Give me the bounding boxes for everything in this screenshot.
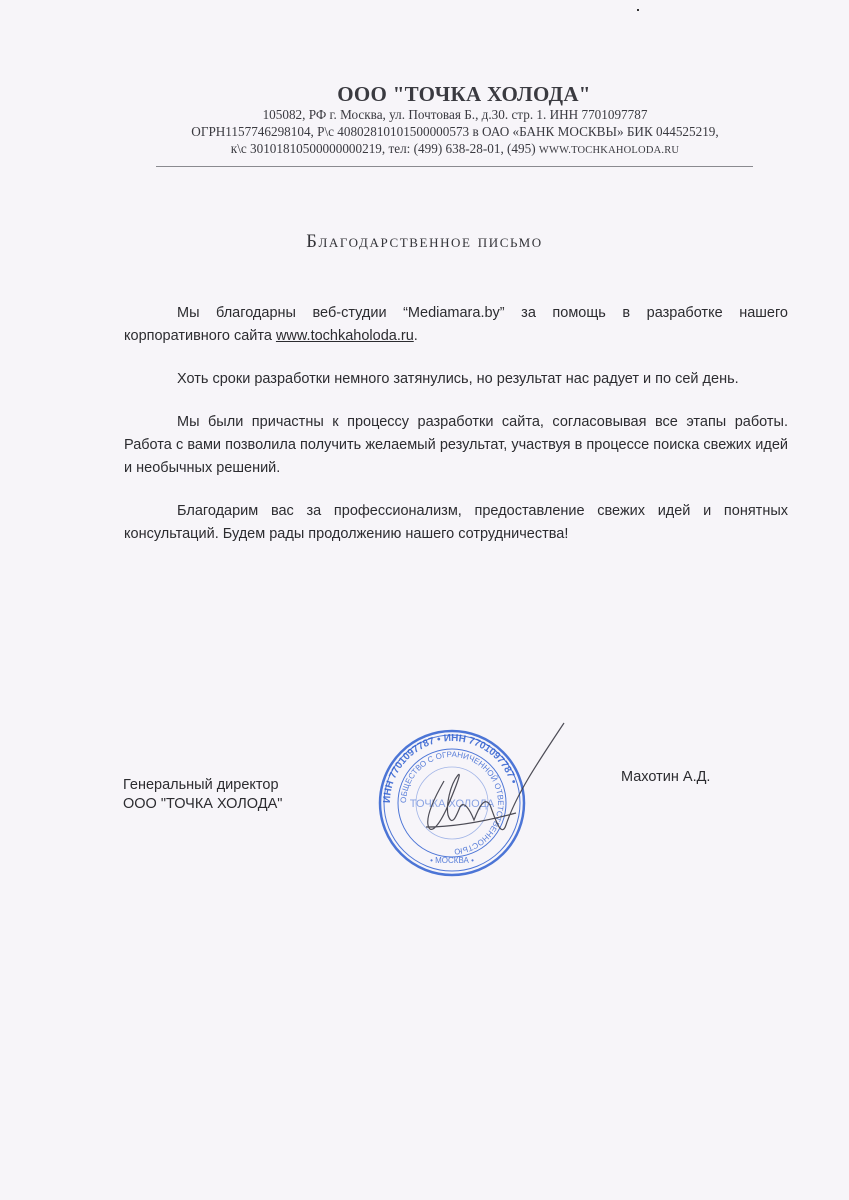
- paragraph-1-text: Мы благодарны веб-студии “Mediamara.by” …: [124, 305, 788, 344]
- signatory-name: Махотин А.Д.: [621, 769, 710, 785]
- signatory-company: ООО "ТОЧКА ХОЛОДА": [123, 795, 282, 814]
- signatory-position: Генеральный директор: [123, 776, 282, 795]
- stamp-city-text: • МОСКВА •: [430, 856, 474, 865]
- company-stamp-icon: ИНН 7701097787 • ИНН 7701097787 • ОБЩЕСТ…: [366, 715, 576, 885]
- website-link[interactable]: www.tochkaholoda.ru: [276, 328, 414, 344]
- paragraph-3: Мы были причастны к процессу разработки …: [124, 411, 788, 480]
- paragraph-4: Благодарим вас за профессионализм, предо…: [124, 500, 788, 546]
- letterhead: ООО "ТОЧКА ХОЛОДА" 105082, РФ г. Москва,…: [150, 82, 760, 159]
- paragraph-2: Хоть сроки разработки немного затянулись…: [124, 368, 788, 391]
- bank-line: ОГРН1157746298104, Р\с 40802810101500000…: [150, 123, 760, 140]
- company-name: ООО "ТОЧКА ХОЛОДА": [168, 82, 760, 106]
- letter-page: ООО "ТОЧКА ХОЛОДА" 105082, РФ г. Москва,…: [0, 0, 849, 1200]
- scan-speck: [637, 9, 639, 11]
- signatory-block: Генеральный директор ООО "ТОЧКА ХОЛОДА": [123, 776, 282, 814]
- document-title: Благодарственное письмо: [0, 232, 849, 253]
- contacts-text: к\с 30101810500000000219, тел: (499) 638…: [231, 141, 539, 156]
- paragraph-1: Мы благодарны веб-студии “Mediamara.by” …: [124, 302, 788, 348]
- address-line: 105082, РФ г. Москва, ул. Почтовая Б., д…: [150, 106, 760, 123]
- letter-body: Мы благодарны веб-студии “Mediamara.by” …: [124, 302, 788, 546]
- paragraph-1-end: .: [414, 328, 418, 344]
- contacts-line: к\с 30101810500000000219, тел: (499) 638…: [150, 140, 760, 159]
- website-text: WWW.TOCHKAHOLODA.RU: [539, 145, 679, 156]
- letterhead-divider: [156, 166, 753, 167]
